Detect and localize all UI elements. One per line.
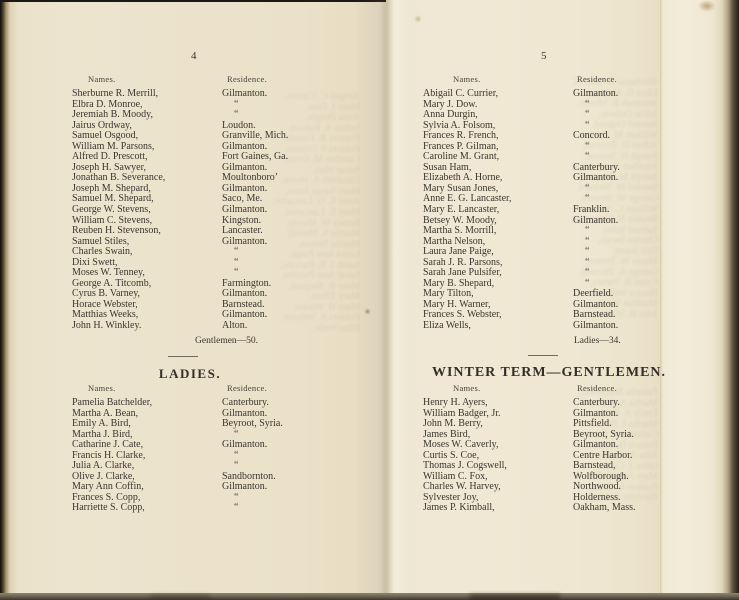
student-name: Harriette S. Copp,: [72, 502, 145, 513]
residence-column-header: Residence.: [577, 383, 617, 393]
student-list: Henry H. Ayers, Canterbury. William Badg…: [423, 398, 659, 514]
student-residence: Canterbury.: [573, 398, 620, 409]
student-name: Samuel Stiles,: [72, 236, 129, 247]
student-name: Martha J. Bird,: [72, 429, 133, 440]
student-name: Thomas J. Cogswell,: [423, 460, 507, 471]
student-residence: Gilmanton.: [573, 321, 618, 332]
student-name: Martha A. Bean,: [72, 408, 138, 419]
names-column-header: Names.: [453, 383, 481, 393]
student-name: Susan Ham,: [423, 162, 471, 173]
student-residence: Canterbury.: [222, 398, 269, 409]
student-name: Mary E. Lancaster,: [423, 204, 499, 215]
student-list: Abigail C. Currier, Gilmanton. Mary J. D…: [423, 89, 659, 332]
student-name: John H. Winkley.: [72, 320, 141, 331]
student-name: James Bird,: [423, 429, 470, 440]
student-name: James P. Kimball,: [423, 502, 495, 513]
student-name: Caroline M. Grant,: [423, 151, 499, 162]
student-name: Joseph M. Shepard,: [72, 183, 151, 194]
right-page-number: 5: [541, 50, 547, 62]
student-residence: Gilmanton.: [573, 216, 618, 227]
student-name: Jeremiah B. Moody,: [72, 109, 153, 120]
student-residence: Alton.: [222, 321, 247, 332]
column-headers: Names. Residence.: [72, 74, 308, 86]
winter-term-section-title: WINTER TERM—GENTLEMEN.: [409, 365, 689, 381]
student-name: Sylvia A. Folsom,: [423, 120, 495, 131]
names-column-header: Names.: [88, 383, 116, 393]
student-name: Moses W. Caverly,: [423, 439, 498, 450]
gentlemen-count-label: Gentlemen—50.: [195, 336, 258, 346]
student-name: Catharine J. Cate,: [72, 439, 143, 450]
student-name: William M. Parsons,: [72, 141, 154, 152]
student-name: Abigail C. Currier,: [423, 88, 498, 99]
student-name: Eliza Wells,: [423, 320, 471, 331]
student-name: Sylvester Joy,: [423, 492, 478, 503]
left-page-number: 4: [191, 50, 197, 62]
student-name: Elbra D. Monroe,: [72, 99, 143, 110]
winter-term-gentlemen-section: Names. Residence. Henry H. Ayers, Canter…: [423, 383, 659, 514]
section-divider-rule: [168, 356, 198, 357]
student-residence: Oakham, Mass.: [573, 503, 636, 514]
ladies-continued-section: Names. Residence. Abigail C. Currier, Gi…: [423, 74, 659, 332]
student-name: Mary H. Warner,: [423, 299, 490, 310]
student-list: Pamelia Batchelder, Canterbury. Martha A…: [72, 398, 308, 514]
column-headers: Names. Residence.: [423, 74, 659, 86]
student-residence: Franklin.: [573, 205, 609, 216]
student-name: Sarah J. R. Parsons,: [423, 257, 502, 268]
section-divider-rule: [528, 355, 558, 356]
student-name: John M. Berry,: [423, 418, 483, 429]
student-residence: Gilmanton.: [222, 205, 267, 216]
student-residence: Concord.: [573, 131, 610, 142]
student-name: Mary B. Shepard,: [423, 278, 494, 289]
student-name: Anne E. G. Lancaster,: [423, 193, 511, 204]
student-residence: Gilmanton.: [573, 89, 618, 100]
book-fore-edge: [660, 0, 739, 593]
student-name: Martha S. Morrill,: [423, 225, 496, 236]
student-list: Sherburne R. Merrill, Gilmanton. Elbra D…: [72, 89, 308, 332]
student-name: William Badger, Jr.: [423, 408, 501, 419]
student-name: Mary Susan Jones,: [423, 183, 498, 194]
student-name: Mary Ann Coffin,: [72, 481, 144, 492]
student-residence: Beyroot, Syria.: [222, 419, 283, 430]
list-item: Harriette S. Copp, “: [72, 503, 308, 514]
student-residence: “: [222, 503, 239, 514]
ladies-list-section: Names. Residence. Pamelia Batchelder, Ca…: [72, 383, 308, 514]
table-surface-below-book: [0, 593, 739, 600]
student-name: Frances S. Copp,: [72, 492, 140, 503]
student-name: Dixi Swett,: [72, 257, 118, 268]
student-name: Horace Webster,: [72, 299, 138, 310]
student-name: Emily A. Bird,: [72, 418, 131, 429]
gentlemen-list-section: Names. Residence. Sherburne R. Merrill, …: [72, 74, 308, 332]
residence-column-header: Residence.: [577, 74, 617, 84]
student-name: Jonathan B. Severance,: [72, 172, 165, 183]
student-name: Mary Tilton,: [423, 288, 474, 299]
names-column-header: Names.: [88, 74, 116, 84]
student-name: Moses W. Tenney,: [72, 267, 145, 278]
student-name: Sherburne R. Merrill,: [72, 88, 158, 99]
student-name: Joseph H. Sawyer,: [72, 162, 146, 173]
student-name: Charles W. Harvey,: [423, 481, 501, 492]
student-residence: Gilmanton.: [222, 237, 267, 248]
student-name: Betsey W. Moody,: [423, 215, 497, 226]
student-name: Frances P. Gilman,: [423, 141, 499, 152]
student-name: Henry H. Ayers,: [423, 397, 488, 408]
student-residence: Gilmanton.: [222, 89, 267, 100]
student-name: Matthias Weeks,: [72, 309, 138, 320]
student-name: Samuel Osgood,: [72, 130, 138, 141]
student-name: Cyrus B. Varney,: [72, 288, 140, 299]
student-name: George W. Stevens,: [72, 204, 151, 215]
column-headers: Names. Residence.: [72, 383, 308, 395]
student-name: George A. Titcomb,: [72, 278, 151, 289]
ladies-section-title: LADIES.: [72, 366, 308, 382]
student-name: Frances S. Webster,: [423, 309, 502, 320]
student-name: Jairus Ordway,: [72, 120, 132, 131]
student-name: Martha Nelson,: [423, 236, 485, 247]
student-name: Samuel M. Shepard,: [72, 193, 154, 204]
student-name: William C. Fox,: [423, 471, 488, 482]
student-residence: Gilmanton.: [222, 440, 267, 451]
student-name: Pamelia Batchelder,: [72, 397, 152, 408]
student-name: Anna Durgin,: [423, 109, 478, 120]
student-residence: Gilmanton.: [573, 173, 618, 184]
book-scan-photo: Abigail C. Currier, Mary J. Dow. Anna Du…: [0, 0, 739, 600]
student-residence: Gilmanton.: [222, 482, 267, 493]
names-column-header: Names.: [453, 74, 481, 84]
student-name: William C. Stevens,: [72, 215, 152, 226]
student-name: Alfred D. Prescott,: [72, 151, 148, 162]
list-item: James P. Kimball, Oakham, Mass.: [423, 503, 659, 514]
student-name: Charles Swain,: [72, 246, 133, 257]
student-name: Francis H. Clarke,: [72, 450, 145, 461]
student-name: Laura Jane Paige,: [423, 246, 494, 257]
student-name: Curtis S. Coe,: [423, 450, 479, 461]
student-name: Julia A. Clarke,: [72, 460, 134, 471]
student-name: Frances R. French,: [423, 130, 499, 141]
list-item: Eliza Wells, Gilmanton.: [423, 321, 659, 332]
student-name: Reuben H. Stevenson,: [72, 225, 161, 236]
student-name: Mary J. Dow.: [423, 99, 477, 110]
column-headers: Names. Residence.: [423, 383, 659, 395]
residence-column-header: Residence.: [227, 74, 267, 84]
student-name: Elizabeth A. Horne,: [423, 172, 502, 183]
student-name: Sarah Jane Pulsifer,: [423, 267, 502, 278]
list-item: John H. Winkley. Alton.: [72, 321, 308, 332]
student-name: Olive J. Clarke,: [72, 471, 135, 482]
ladies-count-label: Ladies—34.: [574, 336, 621, 346]
residence-column-header: Residence.: [227, 383, 267, 393]
